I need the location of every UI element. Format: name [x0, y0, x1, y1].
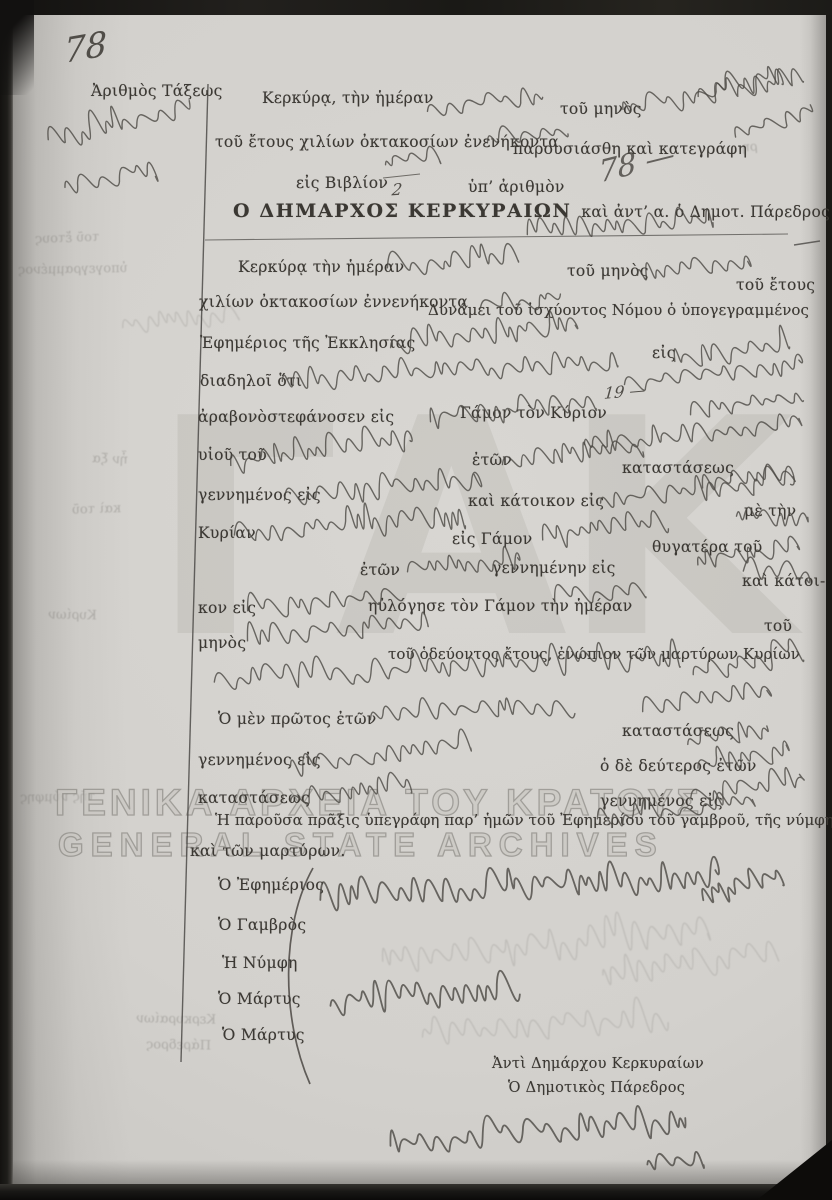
bleedthrough-text: ἦν ξα — [92, 451, 128, 467]
act-of-year: τοῦ ἔτους — [736, 276, 815, 294]
act-first-aged: Ὁ μὲν πρῶτος ἐτῶν — [218, 710, 377, 728]
role-witness-1: Ὁ Μάρτυς — [218, 990, 301, 1008]
page-number-handwritten: 78 — [64, 24, 107, 72]
book-volume-handwritten: 2 — [391, 180, 403, 200]
bleedthrough-text: Πάρεδρος — [146, 1037, 211, 1053]
mayor-title: Ο ΔΗΜΑΡΧΟΣ ΚΕΡΚΥΡΑΙΩΝ — [233, 200, 571, 222]
role-groom: Ὁ Γαμβρὸς — [218, 916, 306, 934]
register-page-photo: ΓΑΚ ΓΕΝΙΚΑ ΑΡΧΕΙΑ ΤΟΥ ΚΡΑΤΟΥΣ GENERAL ST… — [0, 0, 832, 1200]
page-edge-shadow — [800, 14, 826, 1186]
role-bride: Ἡ Νύμφη — [222, 954, 298, 972]
handwritten-entry — [733, 490, 812, 540]
bleedthrough-text: τοῦ ἔτους — [35, 230, 100, 247]
label-city-day: Κερκύρᾳ, τὴν ἡμέραν — [262, 89, 434, 107]
deputy-signature — [643, 1138, 706, 1178]
bleedthrough-text: καὶ τοῦ — [72, 501, 122, 518]
act-and-witnesses: καὶ τῶν μαρτύρων. — [190, 842, 346, 860]
bleedthrough-text: Κερκυραίων — [136, 1011, 216, 1027]
book-spine-left — [0, 0, 13, 1200]
bleedthrough-text: Κυρίων — [48, 608, 97, 624]
book-edge-top — [0, 0, 832, 15]
book-corner-shadow — [0, 0, 34, 95]
bleedthrough-text: ὑπογεγραμμένος — [18, 261, 128, 278]
role-witness-2: Ὁ Μάρτυς — [222, 1026, 305, 1044]
act-city-day: Κερκύρᾳ τὴν ἡμέραν — [238, 258, 404, 276]
label-in-book: εἰς Βιβλίον — [296, 174, 388, 192]
book-edge-bottom — [0, 1184, 832, 1200]
role-priest: Ὁ Ἐφημέριος — [218, 876, 324, 894]
footer-on-behalf: Ἀντὶ Δημάρχου Κερκυραίων — [492, 1056, 704, 1072]
label-under-number: ὑπ’ ἀριθμὸν — [468, 178, 565, 196]
